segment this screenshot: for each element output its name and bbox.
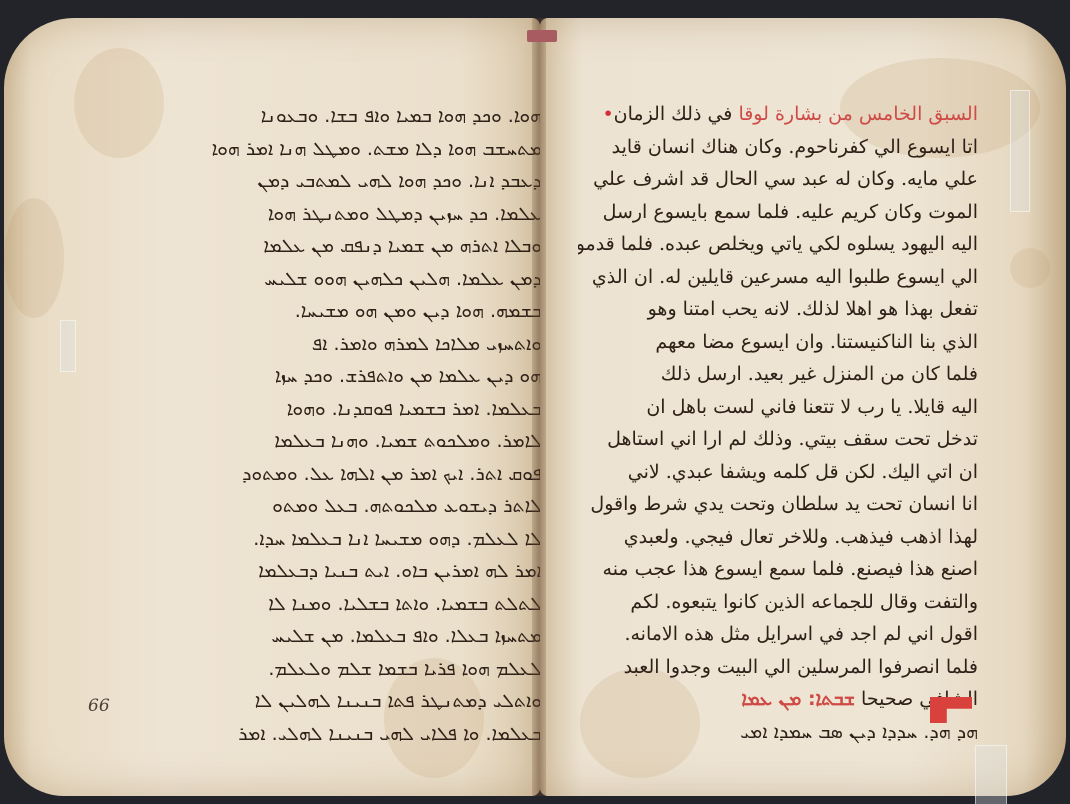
red-dot: • — [602, 103, 613, 125]
text-line: ܥܠܡܐ. ܟܕ ܚܙܝܢ ܕܡܛܠ ܘܡܬܢܛܪ ܗܘܐ — [122, 198, 542, 231]
text-line: فلما انصرفوا المرسلين الي البيت وجدوا ال… — [578, 651, 978, 684]
text-line: ܡܬܚܙܐ ܒܥܠܐ. ܘܐܦ ܒܥܠܡܐ. ܡܢ ܫܠܝܚ — [122, 620, 542, 653]
text-line: الذي بنا الناكنيستنا. وان ايسوع مضا معهم — [578, 326, 978, 359]
text-line: اقول اني لم اجد في اسرايل مثل هذه الامان… — [578, 618, 978, 651]
text-line: ܘܐܬܚܙܝ ܡܠܐܟܐ ܠܡܪܗ ܘܐܡܪ. ܐܦ — [122, 328, 542, 361]
text-line: اتا ايسوع الي كفرناحوم. وكان هناك انسان … — [578, 131, 978, 164]
text-line: ܒܥܠܡܐ. ܘܐ ܦܠܐܝ ܠܗܝ ܒܢܝܢܐ ܠܗܠܝ. ܐܡܪ — [122, 718, 542, 751]
text-line: ان اتي اليك. لكن قل كلمه ويشفا عبدي. لان… — [578, 456, 978, 489]
text-line: ܠܥܠܡ ܗܘܐ ܦܪܝܐ ܒܫܡܐ ܫܠܡ ܘܠܥܠܡ. — [122, 653, 542, 686]
text-line: ܒܥܠܡܐ. ܐܡܪ ܒܫܡܝܐ ܦܘܩܕܢܐ. ܘܗܘܐ — [122, 393, 542, 426]
right-page-text: السبق الخامس من بشارة لوقا في ذلك الزمان… — [578, 98, 978, 748]
manuscript-spread: ܗܘܐ. ܘܟܕ ܗܘܐ ܒܡܝܐ ܘܐܦ ܒܫܐ. ܘܒܥܘܢܐ ܡܬܚܫܒ … — [0, 0, 1070, 804]
rubric-syriac: ܫܒܬܐ: ܡܢ ܥܡܐ — [741, 688, 855, 710]
text-line: ܠܐܡܪ. ܘܡܠܟܘܬ ܫܡܝܐ. ܘܗܢܐ ܒܥܠܡܐ — [122, 425, 542, 458]
text-line: فلما كان من المنزل غير بعيد. ارسل ذلك — [578, 358, 978, 391]
text-line: تدخل تحت سقف بيتي. وذلك لم ارا اني استاه… — [578, 423, 978, 456]
rubric-heading: السبق الخامس من بشارة لوقا — [738, 103, 978, 125]
text-line: ܡܬܚܫܒ ܗܘܐ ܕܠܐ ܡܫܬ. ܘܡܛܠ ܗܢܐ ܐܡܪ ܗܘܐ — [122, 133, 542, 166]
text-line: ܒܫܡܗ. ܗܘܐ ܕܝܢ ܘܡܢ ܗܘ ܡܫܝܚܐ. — [122, 295, 542, 328]
text-line: ܠܐܬܪ ܕܝܫܘܥ ܡܠܟܘܬܗ. ܒܥܠ ܘܡܬܘ — [122, 490, 542, 523]
stain — [4, 198, 64, 318]
text-line-heading: السبق الخامس من بشارة لوقا في ذلك الزمان… — [578, 98, 978, 131]
text-line: الي ايسوع طلبوا اليه مسرعين قايلين له. ا… — [578, 261, 978, 294]
text-line: ܠܬܠܬ ܒܫܡܝܐ. ܘܐܬܐ ܒܫܠܝܐ. ܘܡܢܐ ܠܐ — [122, 588, 542, 621]
stain — [1010, 248, 1050, 288]
text-line: والتفت وقال للجماعه الذين كانوا يتبعوه. … — [578, 586, 978, 619]
text-line: اصنع هذا فيصنع. فلما سمع ايسوع هذا عجب م… — [578, 553, 978, 586]
text-line: ܕܡܢ ܥܠܡܐ. ܗܠܝܢ ܟܠܗܝܢ ܗܘܘ ܫܠܝܚ — [122, 263, 542, 296]
spine-binding — [527, 30, 557, 42]
text-line: اليه اليهود يسلوه لكي ياتي ويخلص عبده. ف… — [578, 228, 978, 261]
text-line-rubric: الشافي صحيحا ܫܒܬܐ: ܡܢ ܥܡܐ — [578, 683, 978, 716]
left-page-text: ܗܘܐ. ܘܟܕ ܗܘܐ ܒܡܝܐ ܘܐܦ ܒܫܐ. ܘܒܥܘܢܐ ܡܬܚܫܒ … — [122, 100, 542, 750]
text-line: علي مايه. وكان له عبد سي الحال قد اشرف ع… — [578, 163, 978, 196]
text-line: ܦܘܩ ܐܬܪ. ܐܝܟ ܐܡܪ ܡܢ ܐܠܗܐ ܥܠ. ܘܡܬܘܕ — [122, 458, 542, 491]
text-line: لهذا اذهب فيذهب. وللاخر تعال فيجي. ولعبد… — [578, 521, 978, 554]
right-page: السبق الخامس من بشارة لوقا في ذلك الزمان… — [540, 18, 1066, 796]
text-line: ܗܘܐ. ܘܟܕ ܗܘܐ ܒܡܝܐ ܘܐܦ ܒܫܐ. ܘܒܥܘܢܐ — [122, 100, 542, 133]
left-page: ܗܘܐ. ܘܟܕ ܗܘܐ ܒܡܝܐ ܘܐܦ ܒܫܐ. ܘܒܥܘܢܐ ܡܬܚܫܒ … — [4, 18, 540, 796]
text-line: ܗܕ ܗܕ. ܚܕܕܐ ܕܝܢ ܣܒ ܚܡܕܐ ܐܡܝ — [578, 716, 978, 749]
text-line: الموت وكان كريم عليه. فلما سمع بايسوع ار… — [578, 196, 978, 229]
gutter — [532, 18, 546, 796]
page-number: 66 — [88, 696, 110, 716]
page-clip — [1010, 90, 1030, 212]
text-line: تفعل بهذا هو اهلا لذلك. لانه يحب امتنا و… — [578, 293, 978, 326]
text-line: ܘܐܬܠܝ ܕܡܬܢܛܪ ܦܬܐ ܒܢܝܢܐ ܠܗܠܝܢ ܠܐ — [122, 685, 542, 718]
text-line: اليه قايلا. يا رب لا تتعنا فاني لست باهل… — [578, 391, 978, 424]
page-clip — [975, 745, 1007, 804]
text-line: ܗܘ ܕܝܢ ܥܠܡܐ ܡܢ ܘܐܬܦܪܫ. ܘܟܕ ܚܙܐ — [122, 360, 542, 393]
text-line: ܐܡܪ ܠܗ ܐܡܪܝܢ ܒܐܘ. ܐܝܬ ܒܢܝܐ ܕܒܥܠܡܐ — [122, 555, 542, 588]
text-line: ܠܐ ܠܥܠܡ. ܕܗܘ ܡܫܝܚܐ ܐܢܐ ܒܥܠܡܐ ܚܕܐ. — [122, 523, 542, 556]
text-line: ܕܥܒܕ ܐܢܐ. ܘܟܕ ܗܘܐ ܠܗܝ ܠܡܬܒܝ ܕܡܢ — [122, 165, 542, 198]
text-line: ܘܒܠܐ ܐܬܪܗ ܡܢ ܫܡܝܐ ܕܢܦܩ ܡܢ ܥܠܡܐ — [122, 230, 542, 263]
text-line: انا انسان تحت يد سلطان وتحت يدي شرط واقو… — [578, 488, 978, 521]
page-clip — [60, 320, 76, 372]
